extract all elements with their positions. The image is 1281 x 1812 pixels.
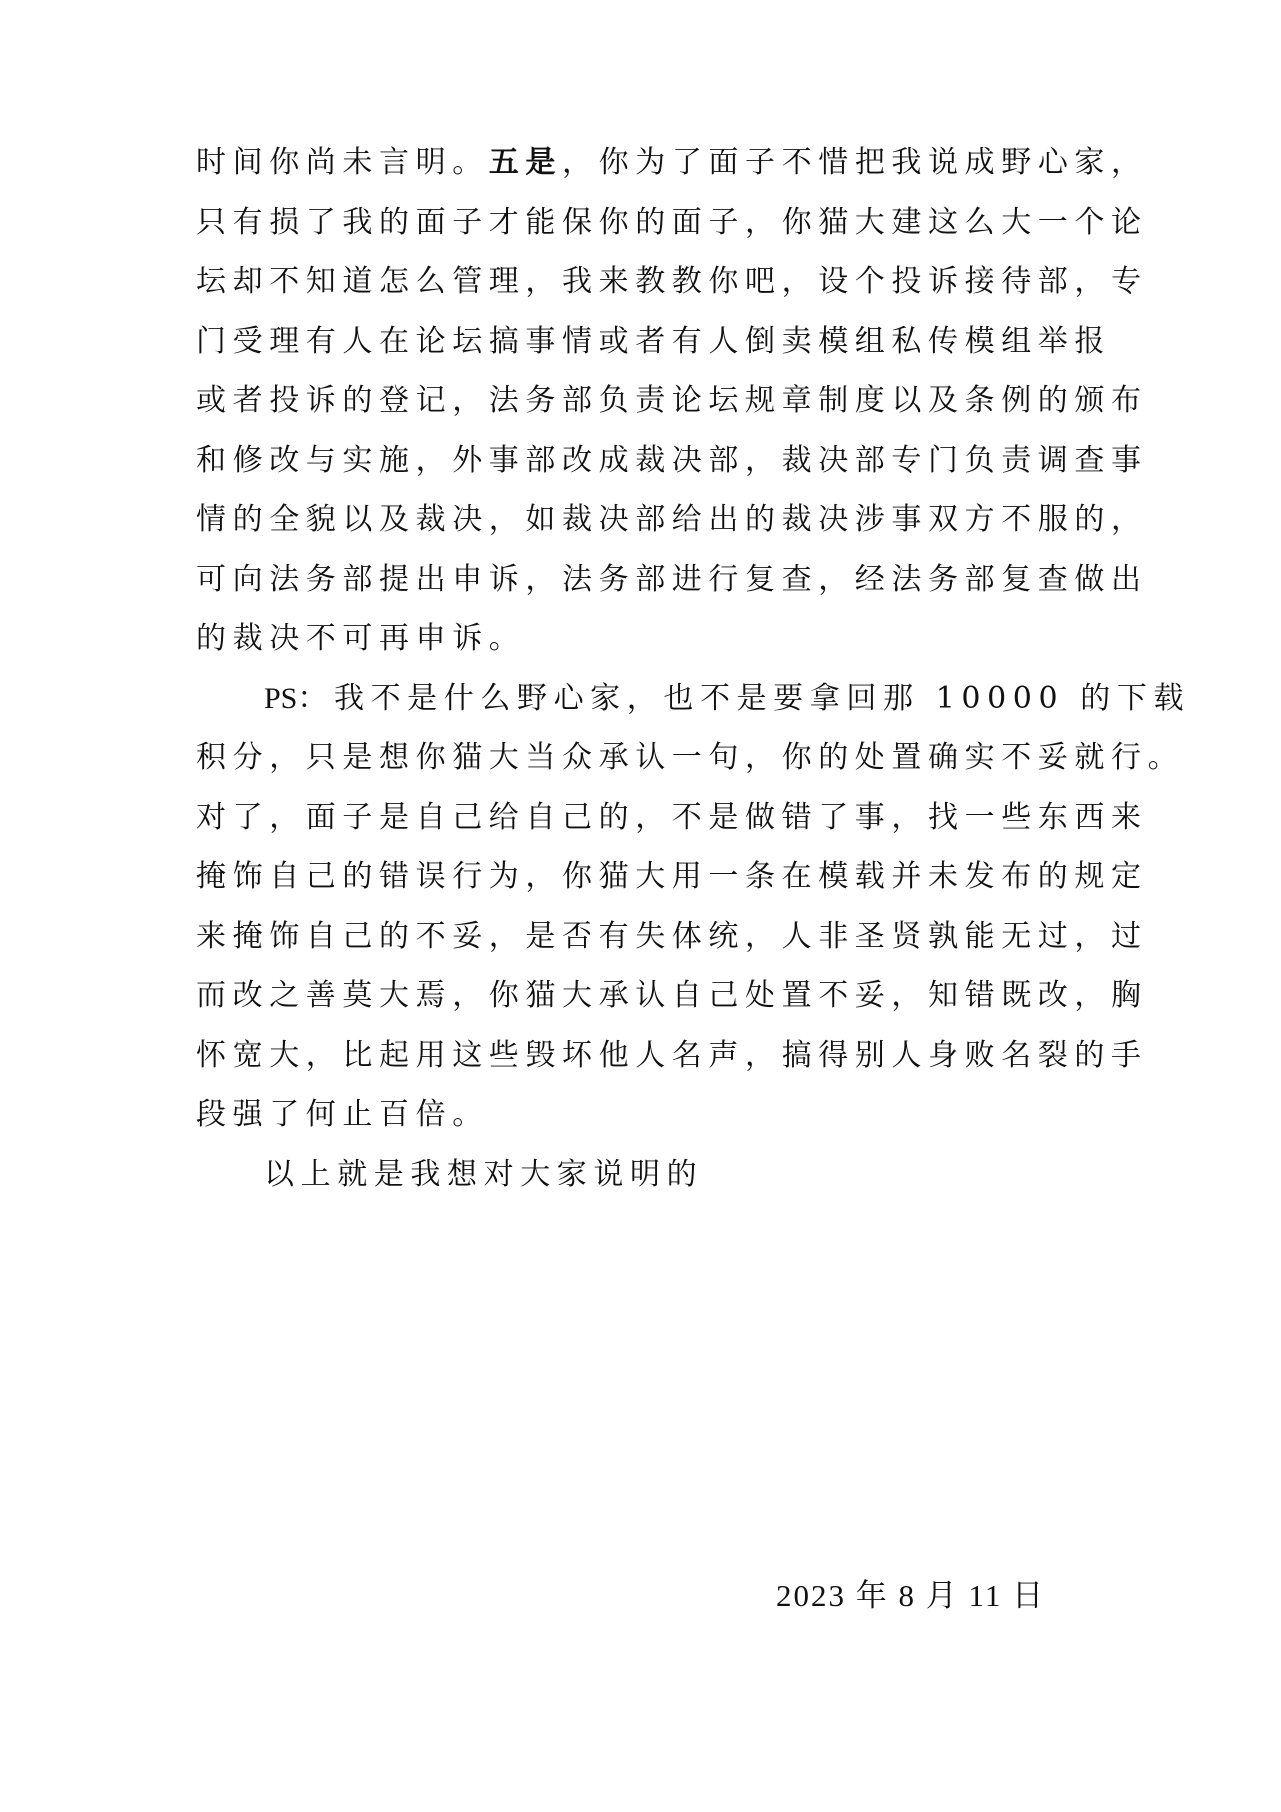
paragraph-line-4: 门受理有人在论坛搞事情或者有人倒卖模组私传模组举报: [196, 320, 1086, 364]
paragraph-line-8: 可向法务部提出申诉，法务部进行复查，经法务部复查做出: [196, 558, 1086, 602]
ps-paragraph-line-1: PS：我不是什么野心家，也不是要拿回那 10000 的下载: [264, 677, 1086, 721]
line-text: ：我不是什么野心家，也不是要拿回那 10000 的下载: [297, 681, 1190, 716]
bold-heading-five: 五是: [489, 145, 562, 180]
paragraph-line-7: 情的全貌以及裁决，如裁决部给出的裁决涉事双方不服的，: [196, 498, 1086, 542]
ps-paragraph-line-2: 积分，只是想你猫大当众承认一句，你的处置确实不妥就行。: [196, 736, 1086, 780]
document-page: 时间你尚未言明。五是，你为了面子不惜把我说成野心家， 只有损了我的面子才能保你的…: [0, 0, 1281, 1812]
ps-label: PS: [264, 682, 297, 715]
paragraph-line-9: 的裁决不可再申诉。: [196, 617, 1086, 661]
ps-paragraph-line-8: 段强了何止百倍。: [196, 1093, 1086, 1137]
closing-line: 以上就是我想对大家说明的: [264, 1153, 1086, 1197]
document-date: 2023 年 8 月 11 日: [776, 1574, 1045, 1618]
ps-paragraph-line-3: 对了，面子是自己给自己的，不是做错了事，找一些东西来: [196, 796, 1086, 840]
ps-paragraph-line-4: 掩饰自己的错误行为，你猫大用一条在模载并未发布的规定: [196, 855, 1086, 899]
ps-paragraph-line-5: 来掩饰自己的不妥，是否有失体统，人非圣贤孰能无过，过: [196, 915, 1086, 959]
paragraph-line-1: 时间你尚未言明。五是，你为了面子不惜把我说成野心家，: [196, 141, 1086, 185]
line-text: 时间你尚未言明。: [196, 145, 489, 180]
line-text: ，你为了面子不惜把我说成野心家，: [562, 145, 1148, 180]
paragraph-line-5: 或者投诉的登记，法务部负责论坛规章制度以及条例的颁布: [196, 379, 1086, 423]
paragraph-line-2: 只有损了我的面子才能保你的面子，你猫大建这么大一个论: [196, 201, 1086, 245]
ps-paragraph-line-6: 而改之善莫大焉，你猫大承认自己处置不妥，知错既改，胸: [196, 974, 1086, 1018]
ps-paragraph-line-7: 怀宽大，比起用这些毁坏他人名声，搞得别人身败名裂的手: [196, 1034, 1086, 1078]
paragraph-line-6: 和修改与实施，外事部改成裁决部，裁决部专门负责调查事: [196, 439, 1086, 483]
paragraph-line-3: 坛却不知道怎么管理，我来教教你吧，设个投诉接待部，专: [196, 260, 1086, 304]
